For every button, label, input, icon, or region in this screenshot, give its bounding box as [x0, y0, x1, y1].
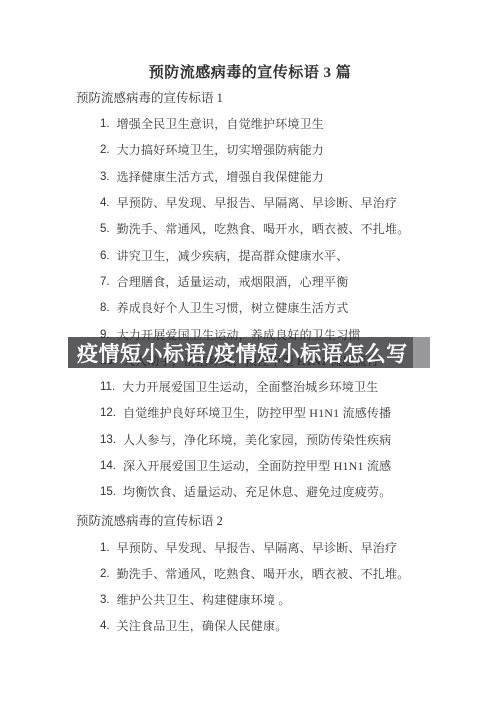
- item-text: 均衡饮食、适量运动、充足休息、避免过度疲劳。: [123, 485, 391, 499]
- slogan-item: 13.人人参与，净化环境，美化家园，预防传染性疾病: [100, 427, 480, 453]
- item-number: 1.: [100, 541, 110, 555]
- section-heading: 预防流感病毒的宣传标语 2: [76, 514, 500, 528]
- slogan-list: 1.增强全民卫生意识，自觉维护环境卫生2.大力搞好环境卫生，切实增强防病能力3.…: [100, 111, 480, 505]
- item-text: 关注食品卫生，确保人民健康。: [117, 619, 288, 633]
- slogan-item: 1.早预防、早发现、早报告、早隔离、早诊断、早治疗: [100, 534, 480, 560]
- slogan-item: 2.大力搞好环境卫生，切实增强防病能力: [100, 137, 480, 163]
- item-number: 11.: [100, 380, 115, 394]
- item-number: 1.: [100, 117, 110, 131]
- slogan-item: 7.合理膳食，适量运动，戒烟限酒，心理平衡: [100, 269, 480, 295]
- slogan-item: 15.均衡饮食、适量运动、充足休息、避免过度疲劳。: [100, 479, 480, 505]
- watermark-banner: 疫情短小标语/疫情短小标语怎么写: [68, 337, 430, 368]
- item-text: 增强全民卫生意识，自觉维护环境卫生: [117, 117, 324, 131]
- watermark-text: 疫情短小标语/疫情短小标语怎么写: [77, 338, 408, 368]
- item-number: 7.: [100, 275, 110, 289]
- item-number: 2.: [100, 567, 110, 581]
- item-number: 13.: [100, 433, 116, 447]
- item-number: 4.: [100, 619, 110, 633]
- slogan-item: 4.关注食品卫生，确保人民健康。: [100, 613, 480, 639]
- item-text: 勤洗手、常通风，吃熟食、喝开水，晒衣被、不扎堆。: [117, 222, 410, 236]
- slogan-item: 12.自觉维护良好环境卫生，防控甲型 H1N1 流感传播: [100, 400, 480, 426]
- item-number: 6.: [100, 249, 110, 263]
- slogan-section-1: 预防流感病毒的宣传标语 11.增强全民卫生意识，自觉维护环境卫生2.大力搞好环境…: [0, 91, 500, 505]
- slogan-item: 11.大力开展爱国卫生运动，全面整治城乡环境卫生: [100, 374, 480, 400]
- item-text: 深入开展爱国卫生运动，全面防控甲型 H1N1 流感: [123, 459, 391, 473]
- item-text: 人人参与，净化环境，美化家园，预防传染性疾病: [123, 433, 391, 447]
- item-text: 合理膳食，适量运动，戒烟限酒，心理平衡: [117, 275, 349, 289]
- slogan-list: 1.早预防、早发现、早报告、早隔离、早诊断、早治疗2.勤洗手、常通风，吃熟食、喝…: [100, 534, 480, 639]
- slogan-item: 4.早预防、早发现、早报告、早隔离、早诊断、早治疗: [100, 190, 480, 216]
- item-text: 选择健康生活方式，增强自我保健能力: [117, 170, 324, 184]
- slogan-item: 6.讲究卫生，减少疾病，提高群众健康水平、: [100, 242, 480, 268]
- item-text: 讲究卫生，减少疾病，提高群众健康水平、: [117, 249, 349, 263]
- item-number: 15.: [100, 485, 116, 499]
- slogan-item: 8.养成良好个人卫生习惯，树立健康生活方式: [100, 295, 480, 321]
- slogan-item: 3.选择健康生活方式，增强自我保健能力: [100, 164, 480, 190]
- item-number: 4.: [100, 196, 110, 210]
- slogan-item: 14.深入开展爱国卫生运动，全面防控甲型 H1N1 流感: [100, 453, 480, 479]
- item-text: 大力开展爱国卫生运动，全面整治城乡环境卫生: [122, 380, 378, 394]
- item-number: 8.: [100, 301, 110, 315]
- item-number: 14.: [100, 459, 116, 473]
- item-text: 早预防、早发现、早报告、早隔离、早诊断、早治疗: [117, 541, 398, 555]
- item-text: 养成良好个人卫生习惯，树立健康生活方式: [117, 301, 349, 315]
- item-text: 自觉维护良好环境卫生，防控甲型 H1N1 流感传播: [123, 406, 391, 420]
- slogan-item: 1.增强全民卫生意识，自觉维护环境卫生: [100, 111, 480, 137]
- item-text: 大力搞好环境卫生，切实增强防病能力: [117, 143, 324, 157]
- document-title: 预防流感病毒的宣传标语 3 篇: [0, 0, 500, 82]
- item-text: 勤洗手、常通风，吃熟食、喝开水，晒衣被、不扎堆。: [117, 567, 410, 581]
- item-text: 维护公共卫生、构建健康环境 。: [117, 593, 291, 607]
- slogan-item: 5.勤洗手、常通风，吃熟食、喝开水，晒衣被、不扎堆。: [100, 216, 480, 242]
- item-text: 早预防、早发现、早报告、早隔离、早诊断、早治疗: [117, 196, 398, 210]
- item-number: 12.: [100, 406, 116, 420]
- slogan-item: 2.勤洗手、常通风，吃熟食、喝开水，晒衣被、不扎堆。: [100, 561, 480, 587]
- item-number: 2.: [100, 143, 110, 157]
- item-number: 5.: [100, 222, 110, 236]
- section-heading: 预防流感病毒的宣传标语 1: [76, 91, 500, 105]
- item-number: 3.: [100, 593, 110, 607]
- item-number: 3.: [100, 170, 110, 184]
- slogan-item: 3.维护公共卫生、构建健康环境 。: [100, 587, 480, 613]
- document-page: 预防流感病毒的宣传标语 3 篇 预防流感病毒的宣传标语 11.增强全民卫生意识，…: [0, 0, 500, 706]
- slogan-section-2: 预防流感病毒的宣传标语 21.早预防、早发现、早报告、早隔离、早诊断、早治疗2.…: [0, 514, 500, 639]
